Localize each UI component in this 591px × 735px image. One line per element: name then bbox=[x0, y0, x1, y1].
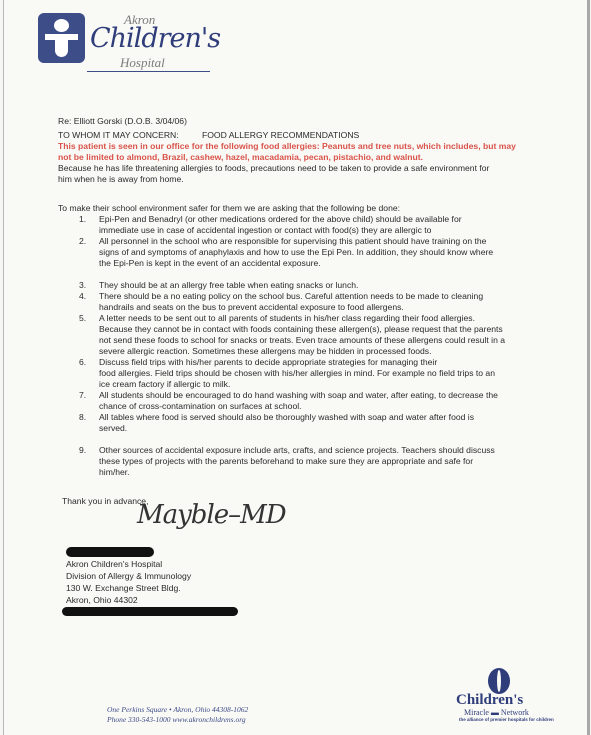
signature: Mayble–MD bbox=[137, 500, 286, 530]
redacted-contact bbox=[62, 607, 238, 616]
letter-page: Akron Children's Hospital Re: Elliott Go… bbox=[3, 0, 590, 735]
re-line: Re: Elliott Gorski (D.O.B. 3/04/06) bbox=[58, 116, 187, 127]
cmn-tagline: the alliance of premier hospitals for ch… bbox=[459, 717, 554, 722]
list-item-line: immediate use in case of accidental inge… bbox=[99, 225, 431, 236]
list-item-line: severe allergic reaction. Sometimes thes… bbox=[99, 346, 431, 357]
list-item-line: There should be a no eating policy on th… bbox=[99, 291, 483, 302]
list-number: 6. bbox=[79, 357, 86, 368]
list-item-line: handrails and seats on the bus to preven… bbox=[99, 302, 404, 313]
allergy-notice-line: This patient is seen in our office for t… bbox=[58, 141, 516, 152]
list-item-line: chance of cross-contamination on surface… bbox=[99, 401, 302, 412]
footer-address: One Perkins Square • Akron, Ohio 44308-1… bbox=[107, 705, 248, 714]
cmn-title: Children's bbox=[456, 692, 523, 709]
list-number: 9. bbox=[79, 445, 86, 456]
list-item-line: Discuss field trips with his/her parents… bbox=[99, 357, 437, 368]
logo-hospital-text: Hospital bbox=[120, 55, 165, 71]
list-number: 4. bbox=[79, 291, 86, 302]
address-line: Division of Allergy & Immunology bbox=[66, 571, 191, 582]
footer-phone-web: Phone 330-543-1000 www.akronchildrens.or… bbox=[107, 715, 246, 724]
address-line: 130 W. Exchange Street Bldg. bbox=[66, 583, 181, 594]
list-number: 2. bbox=[79, 236, 86, 247]
list-item-line: served. bbox=[99, 423, 127, 434]
balloon-icon bbox=[488, 668, 510, 694]
list-number: 7. bbox=[79, 390, 86, 401]
list-item-line: A letter needs to be sent out to all par… bbox=[99, 313, 475, 324]
list-item-line: All students should be encouraged to do … bbox=[99, 390, 498, 401]
list-item-line: All personnel in the school who are resp… bbox=[99, 236, 486, 247]
address-line: Akron Children's Hospital bbox=[66, 559, 162, 570]
child-figure-icon bbox=[38, 13, 85, 63]
list-item-line: Other sources of accidental exposure inc… bbox=[99, 445, 495, 456]
list-item-line: Because they cannot be in contact with f… bbox=[99, 324, 503, 335]
list-item-line: All tables where food is served should a… bbox=[99, 412, 474, 423]
intro-line: him when he is away from home. bbox=[58, 174, 184, 185]
list-item-line: ice cream factory if allergic to milk. bbox=[99, 379, 230, 390]
list-number: 3. bbox=[79, 280, 86, 291]
list-number: 8. bbox=[79, 412, 86, 423]
cmn-subtitle: Miracle ▬ Network bbox=[464, 708, 529, 717]
list-item-line: Epi-Pen and Benadryl (or other medicatio… bbox=[99, 214, 462, 225]
logo-underline bbox=[87, 71, 210, 72]
list-item-line: not send these foods to school for snack… bbox=[99, 335, 505, 346]
allergy-notice-line: not be limited to almond, Brazil, cashew… bbox=[58, 152, 423, 163]
list-item-line: They should be at an allergy free table … bbox=[99, 280, 358, 291]
list-number: 5. bbox=[79, 313, 86, 324]
list-intro: To make their school environment safer f… bbox=[58, 203, 400, 214]
salutation: TO WHOM IT MAY CONCERN: bbox=[58, 130, 179, 141]
list-item-line: these types of projects with the parents… bbox=[99, 456, 473, 467]
logo-childrens-text: Children's bbox=[90, 23, 220, 54]
list-item-line: him/her. bbox=[99, 467, 130, 478]
list-item-line: the Epi-Pen is kept in the event of an a… bbox=[99, 258, 321, 269]
closing: Thank you in advance, bbox=[62, 496, 148, 507]
subject-line: FOOD ALLERGY RECOMMENDATIONS bbox=[202, 130, 359, 141]
intro-line: Because he has life threatening allergie… bbox=[58, 163, 489, 174]
list-item-line: food allergies. Field trips should be ch… bbox=[99, 368, 495, 379]
address-line: Akron, Ohio 44302 bbox=[66, 595, 138, 606]
redacted-name bbox=[66, 547, 154, 557]
list-item-line: signs of and symptoms of anaphylaxis and… bbox=[99, 247, 493, 258]
list-number: 1. bbox=[79, 214, 86, 225]
